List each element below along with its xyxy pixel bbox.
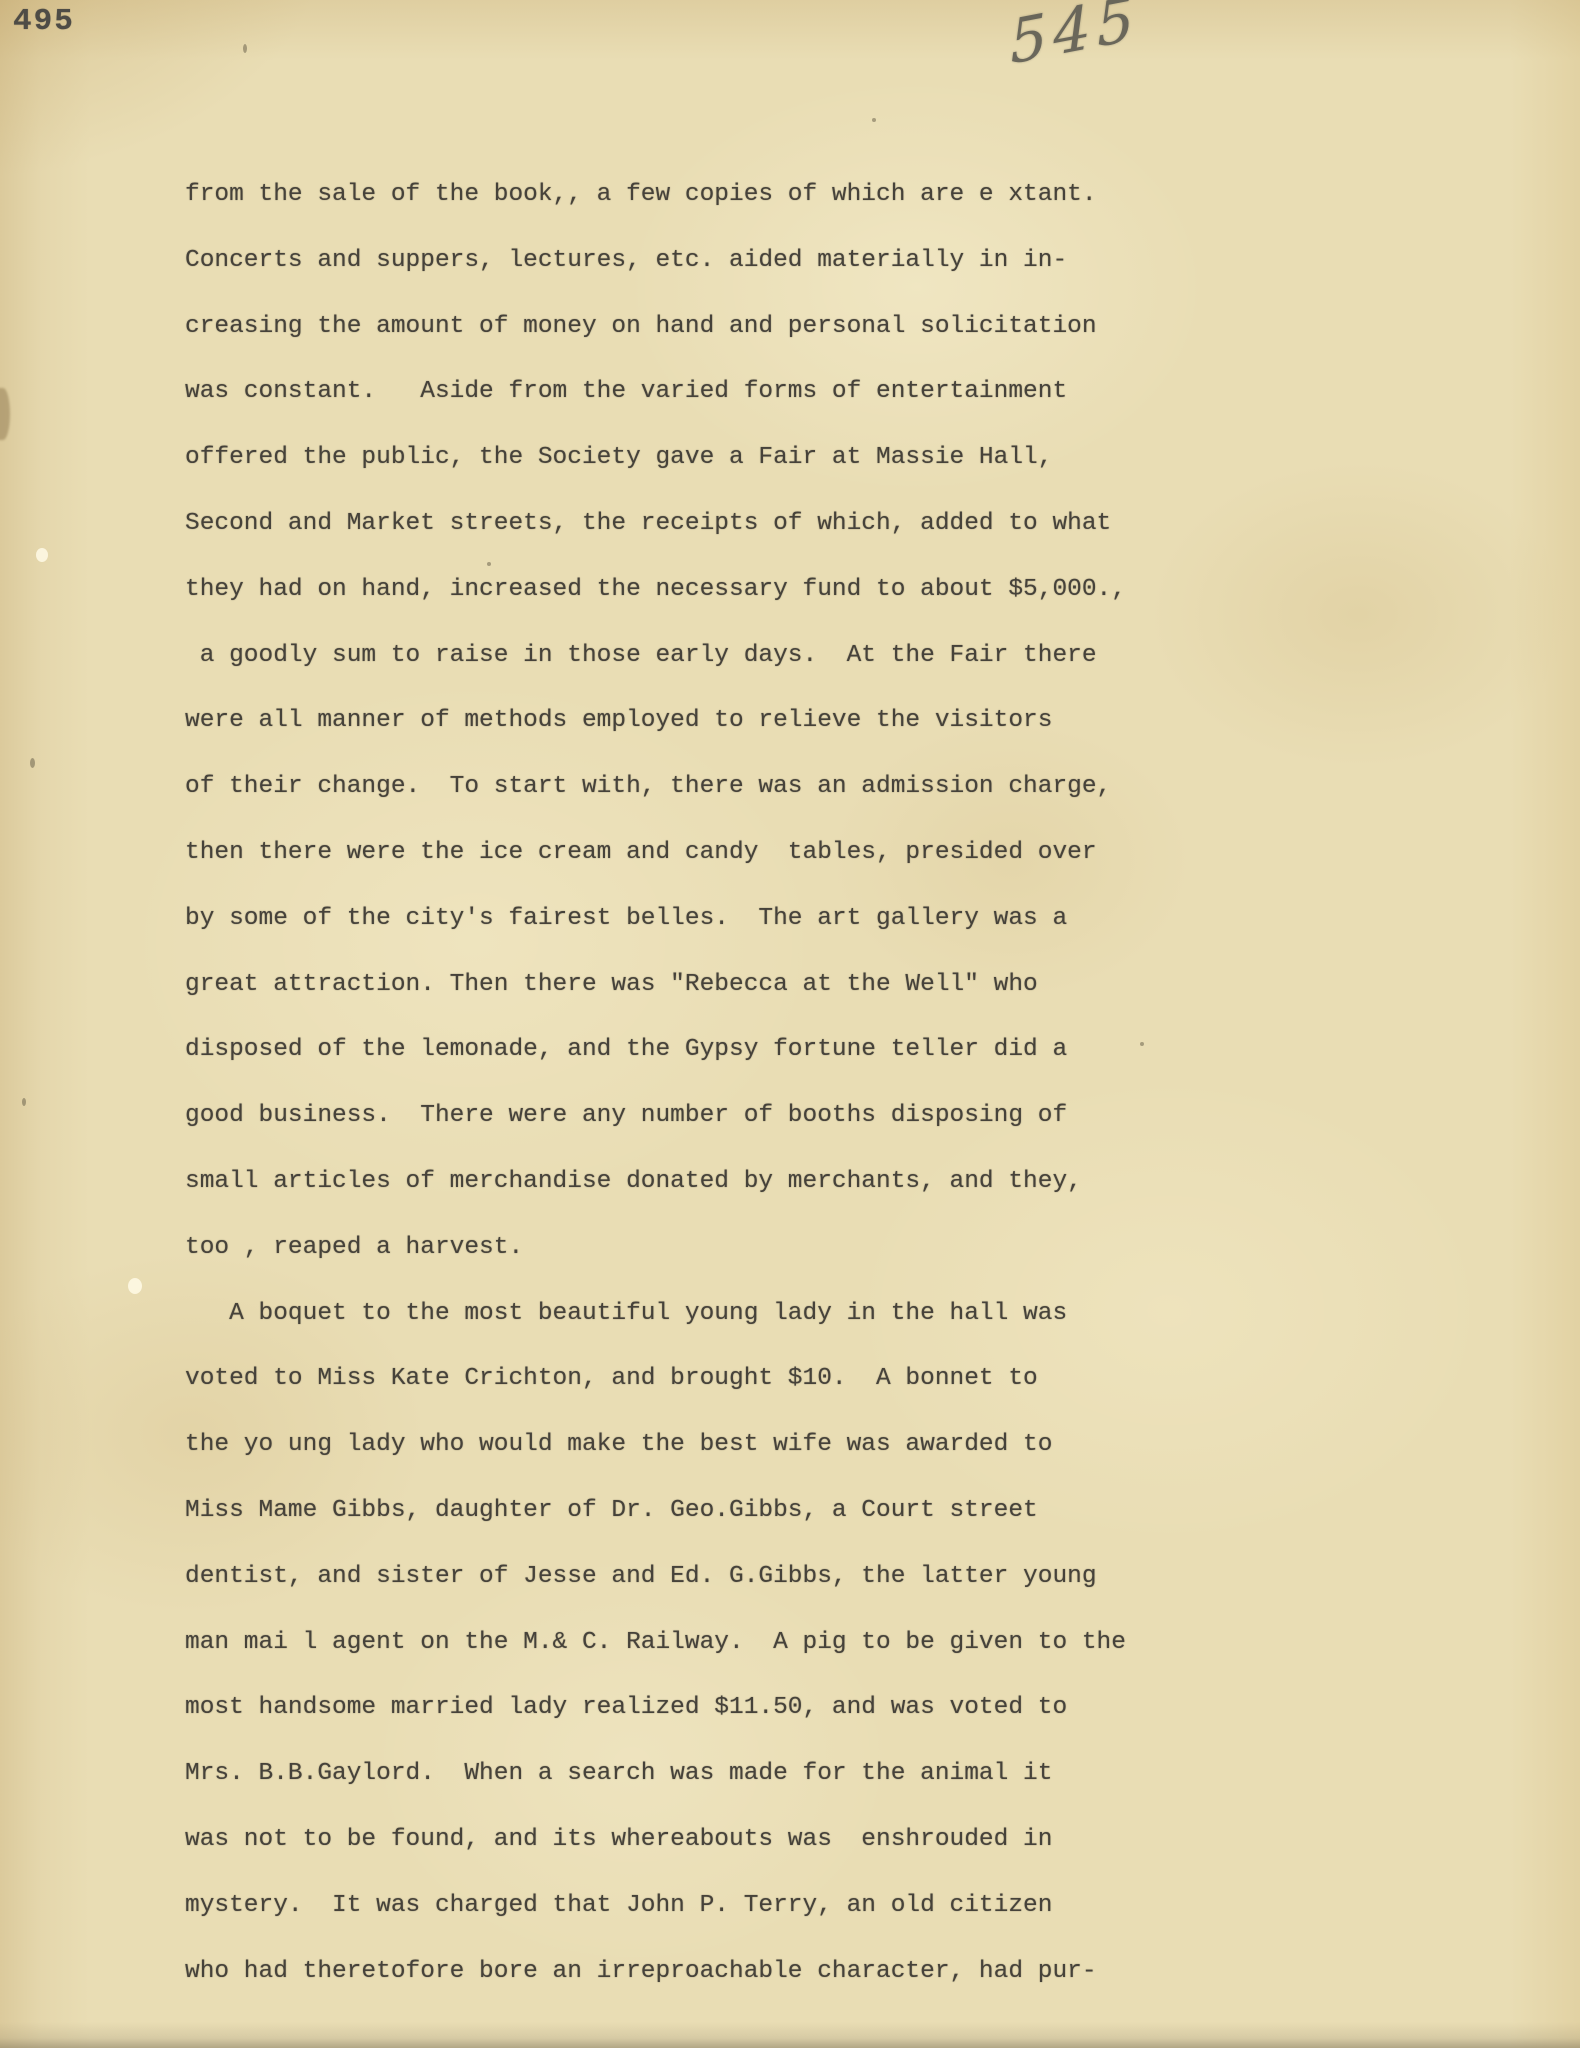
- typed-text-block: from the sale of the book,, a few copies…: [185, 162, 1185, 2004]
- typed-line: was not to be found, and its whereabouts…: [185, 1807, 1185, 1873]
- typed-line: A boquet to the most beautiful young lad…: [185, 1281, 1185, 1347]
- paper-chip: [128, 1278, 142, 1294]
- typed-line: good business. There were any number of …: [185, 1083, 1185, 1149]
- typed-line: too , reaped a harvest.: [185, 1215, 1185, 1281]
- typed-line: Concerts and suppers, lectures, etc. aid…: [185, 228, 1185, 294]
- torn-edge-notch: [0, 388, 10, 440]
- typed-line: by some of the city's fairest belles. Th…: [185, 886, 1185, 952]
- paper-speck: [22, 1098, 26, 1106]
- paper-speck: [872, 118, 876, 122]
- typed-line: a goodly sum to raise in those early day…: [185, 623, 1185, 689]
- typed-line: small articles of merchandise donated by…: [185, 1149, 1185, 1215]
- typed-line: most handsome married lady realized $11.…: [185, 1675, 1185, 1741]
- paper-speck: [1140, 1042, 1144, 1046]
- typed-line: Second and Market streets, the receipts …: [185, 491, 1185, 557]
- typed-line: great attraction. Then there was "Rebecc…: [185, 952, 1185, 1018]
- typed-line: from the sale of the book,, a few copies…: [185, 162, 1185, 228]
- typed-line: offered the public, the Society gave a F…: [185, 425, 1185, 491]
- typed-line: man mai l agent on the M.& C. Railway. A…: [185, 1610, 1185, 1676]
- paper-chip: [36, 548, 48, 562]
- typed-line: voted to Miss Kate Crichton, and brought…: [185, 1346, 1185, 1412]
- paper-speck: [30, 758, 35, 768]
- typed-line: of their change. To start with, there wa…: [185, 754, 1185, 820]
- handwritten-page-number: 545: [1008, 0, 1142, 79]
- typed-line: disposed of the lemonade, and the Gypsy …: [185, 1017, 1185, 1083]
- typed-line: dentist, and sister of Jesse and Ed. G.G…: [185, 1544, 1185, 1610]
- typed-line: mystery. It was charged that John P. Ter…: [185, 1873, 1185, 1939]
- typed-line: were all manner of methods employed to r…: [185, 688, 1185, 754]
- typed-line: was constant. Aside from the varied form…: [185, 359, 1185, 425]
- printed-page-number: 495: [13, 4, 75, 39]
- paper-speck: [487, 562, 491, 566]
- typed-line: then there were the ice cream and candy …: [185, 820, 1185, 886]
- typed-line: the yo ung lady who would make the best …: [185, 1412, 1185, 1478]
- typed-line: creasing the amount of money on hand and…: [185, 294, 1185, 360]
- manuscript-page: 495 545 from the sale of the book,, a fe…: [0, 0, 1580, 2048]
- typed-line: Miss Mame Gibbs, daughter of Dr. Geo.Gib…: [185, 1478, 1185, 1544]
- paper-speck: [243, 44, 247, 53]
- typed-line: they had on hand, increased the necessar…: [185, 557, 1185, 623]
- typed-line: who had theretofore bore an irreproachab…: [185, 1939, 1185, 2005]
- typed-line: Mrs. B.B.Gaylord. When a search was made…: [185, 1741, 1185, 1807]
